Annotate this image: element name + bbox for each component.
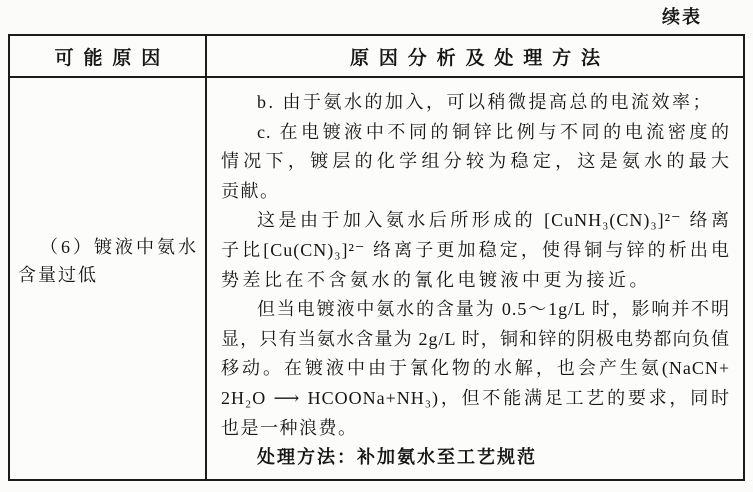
column-header-possible-cause-label: 可能原因	[55, 43, 171, 70]
cause-cell: （6）镀液中氨水 含量过低	[10, 78, 207, 479]
troubleshooting-table: 可能原因 原因分析及处理方法 （6）镀液中氨水 含量过低 b. 由于氨水的加入，…	[8, 34, 745, 481]
cause-text-line: （6）镀液中氨水	[18, 233, 199, 261]
analysis-line: 显，只有当氨水含量为 2g/L 时，铜和锌的阴极电势都向负值	[221, 325, 730, 355]
column-header-analysis-treatment: 原因分析及处理方法	[207, 36, 743, 76]
analysis-line: 势差比在不含氨水的氰化电镀液中更为接近。	[221, 266, 730, 296]
analysis-line: 移动。在镀液中由于氰化物的水解，也会产生氨(NaCN+	[221, 354, 730, 384]
analysis-line: 贡献。	[221, 177, 730, 207]
table-body-row: （6）镀液中氨水 含量过低 b. 由于氨水的加入，可以稍微提高总的电流效率； c…	[10, 78, 743, 479]
cause-text-line: 含量过低	[18, 261, 199, 289]
continued-table-label: 续表	[662, 3, 702, 29]
analysis-line: 2H₂O ⟶ HCOONa+NH₃)，但不能满足工艺的要求，同时	[221, 384, 730, 414]
analysis-line: c. 在电镀液中不同的铜锌比例与不同的电流密度的	[221, 118, 730, 148]
analysis-line: 也是一种浪费。	[221, 414, 730, 444]
analysis-cell: b. 由于氨水的加入，可以稍微提高总的电流效率； c. 在电镀液中不同的铜锌比例…	[207, 78, 743, 479]
scanned-book-page: 续表 可能原因 原因分析及处理方法 （6）镀液中氨水 含量过低 b. 由于氨水的…	[0, 0, 753, 492]
table-header-row: 可能原因 原因分析及处理方法	[10, 36, 743, 78]
analysis-line: 这是由于加入氨水后所形成的 [CuNH₃(CN)₃]²⁻ 络离	[221, 206, 730, 236]
column-header-analysis-treatment-label: 原因分析及处理方法	[350, 43, 610, 70]
analysis-line: b. 由于氨水的加入，可以稍微提高总的电流效率；	[221, 88, 730, 118]
analysis-line: 但当电镀液中氨水的含量为 0.5～1g/L 时，影响并不明	[221, 295, 730, 325]
analysis-line: 子比[Cu(CN)₃]²⁻ 络离子更加稳定，使得铜与锌的析出电	[221, 236, 730, 266]
treatment-method-line: 处理方法：补加氨水至工艺规范	[221, 443, 730, 473]
analysis-line: 情况下，镀层的化学组分较为稳定，这是氨水的最大	[221, 147, 730, 177]
column-header-possible-cause: 可能原因	[10, 36, 207, 76]
